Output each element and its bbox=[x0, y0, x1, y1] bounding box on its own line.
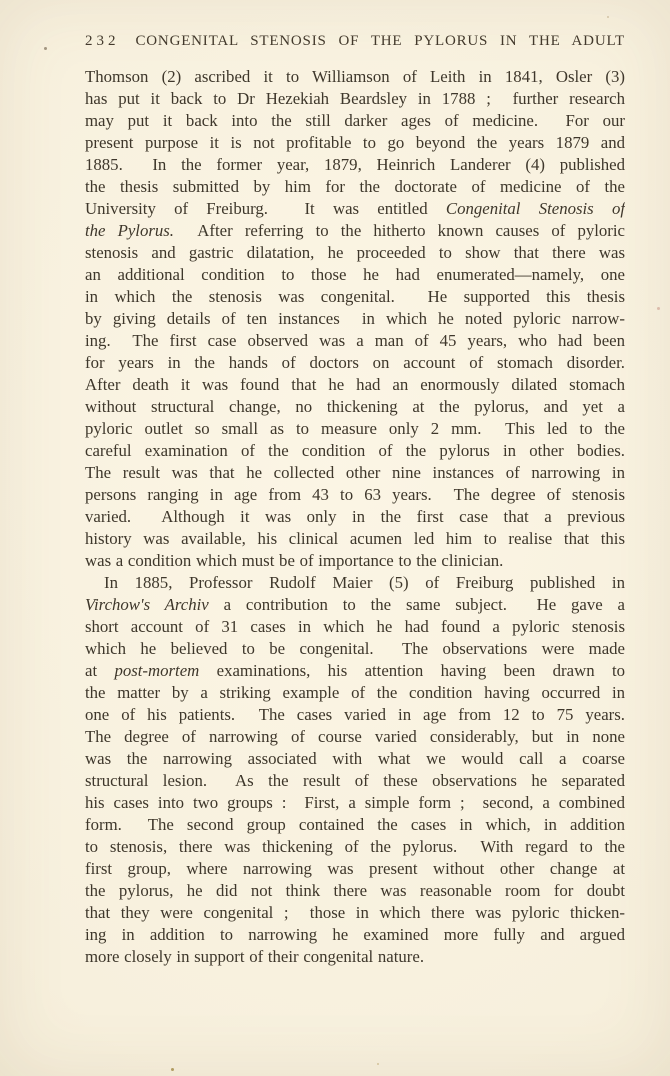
text-segment: the pylorus, he did not think there was … bbox=[85, 881, 625, 900]
text-line: which he believed to be congenital. The … bbox=[85, 638, 625, 660]
text-line: Virchow's Archiv a contribution to the s… bbox=[85, 594, 625, 616]
text-segment: Thomson (2) ascribed it to Williamson of… bbox=[85, 67, 625, 86]
text-line: history was available, his clinical acum… bbox=[85, 528, 625, 550]
book-page: 232 CONGENITAL STENOSIS OF THE PYLORUS I… bbox=[0, 0, 670, 1076]
text-line: may put it back into the still darker ag… bbox=[85, 110, 625, 132]
text-segment: an additional condition to those he had … bbox=[85, 265, 625, 284]
text-segment: without structural change, no thickening… bbox=[85, 397, 625, 416]
text-segment: for years in the hands of doctors on acc… bbox=[85, 353, 625, 372]
text-segment: the Pylorus. bbox=[85, 221, 174, 240]
text-line: was a condition which must be of importa… bbox=[85, 550, 625, 572]
text-line: that they were congenital ; those in whi… bbox=[85, 902, 625, 924]
text-segment: After referring to the hitherto known ca… bbox=[174, 221, 625, 240]
text-line: varied. Although it was only in the firs… bbox=[85, 506, 625, 528]
text-segment: After death it was found that he had an … bbox=[85, 375, 625, 394]
paper-speck bbox=[607, 16, 609, 18]
text-segment: by giving details of ten instances in wh… bbox=[85, 309, 625, 328]
text-segment: Virchow's Archiv bbox=[85, 595, 209, 614]
text-segment: in which the stenosis was congenital. He… bbox=[85, 287, 625, 306]
text-segment: The degree of narrowing of course varied… bbox=[85, 727, 625, 746]
text-line: University of Freiburg. It was entitled … bbox=[85, 198, 625, 220]
text-segment: more closely in support of their congeni… bbox=[85, 947, 424, 966]
paragraph: Thomson (2) ascribed it to Williamson of… bbox=[85, 66, 625, 572]
text-line: structural lesion. As the result of thes… bbox=[85, 770, 625, 792]
text-line: to stenosis, there was thickening of the… bbox=[85, 836, 625, 858]
text-segment: the matter by a striking example of the … bbox=[85, 683, 625, 702]
text-line: the thesis submitted by him for the doct… bbox=[85, 176, 625, 198]
text-segment: to stenosis, there was thickening of the… bbox=[85, 837, 625, 856]
text-segment: ing. The first case observed was a man o… bbox=[85, 331, 625, 350]
text-segment: 1885. In the former year, 1879, Heinrich… bbox=[85, 155, 625, 174]
text-line: The degree of narrowing of course varied… bbox=[85, 726, 625, 748]
page-header: 232 CONGENITAL STENOSIS OF THE PYLORUS I… bbox=[85, 33, 625, 51]
text-line: ing in addition to narrowing he examined… bbox=[85, 924, 625, 946]
text-line: In 1885, Professor Rudolf Maier (5) of F… bbox=[85, 572, 625, 594]
body-text: Thomson (2) ascribed it to Williamson of… bbox=[85, 66, 625, 968]
paper-speck bbox=[377, 1063, 379, 1065]
text-line: present purpose it is not profitable to … bbox=[85, 132, 625, 154]
text-line: by giving details of ten instances in wh… bbox=[85, 308, 625, 330]
text-segment: short account of 31 cases in which he ha… bbox=[85, 617, 625, 636]
text-segment: first group, where narrowing was present… bbox=[85, 859, 625, 878]
text-segment: In 1885, Professor Rudolf Maier (5) of F… bbox=[104, 573, 625, 592]
text-line: was the narrowing associated with what w… bbox=[85, 748, 625, 770]
text-segment: may put it back into the still darker ag… bbox=[85, 111, 625, 130]
text-line: more closely in support of their congeni… bbox=[85, 946, 625, 968]
text-segment: form. The second group contained the cas… bbox=[85, 815, 625, 834]
text-segment: history was available, his clinical acum… bbox=[85, 529, 625, 548]
text-line: at post-mortem examinations, his attenti… bbox=[85, 660, 625, 682]
text-line: careful examination of the condition of … bbox=[85, 440, 625, 462]
text-segment: present purpose it is not profitable to … bbox=[85, 133, 625, 152]
paper-speck bbox=[657, 307, 660, 310]
paragraph: In 1885, Professor Rudolf Maier (5) of F… bbox=[85, 572, 625, 968]
text-segment: at bbox=[85, 661, 114, 680]
text-segment: post-mortem bbox=[114, 661, 199, 680]
text-line: 1885. In the former year, 1879, Heinrich… bbox=[85, 154, 625, 176]
text-segment: ing in addition to narrowing he examined… bbox=[85, 925, 625, 944]
running-title: CONGENITAL STENOSIS OF THE PYLORUS IN TH… bbox=[136, 33, 626, 50]
text-line: the Pylorus. After referring to the hith… bbox=[85, 220, 625, 242]
text-line: without structural change, no thickening… bbox=[85, 396, 625, 418]
text-segment: University of Freiburg. It was entitled bbox=[85, 199, 446, 218]
text-line: the matter by a striking example of the … bbox=[85, 682, 625, 704]
text-line: an additional condition to those he had … bbox=[85, 264, 625, 286]
text-segment: was the narrowing associated with what w… bbox=[85, 749, 625, 768]
text-line: has put it back to Dr Hezekiah Beardsley… bbox=[85, 88, 625, 110]
text-segment: structural lesion. As the result of thes… bbox=[85, 771, 625, 790]
text-segment: the thesis submitted by him for the doct… bbox=[85, 177, 625, 196]
text-segment: persons ranging in age from 43 to 63 yea… bbox=[85, 485, 625, 504]
text-line: stenosis and gastric dilatation, he proc… bbox=[85, 242, 625, 264]
text-line: his cases into two groups : First, a sim… bbox=[85, 792, 625, 814]
text-line: After death it was found that he had an … bbox=[85, 374, 625, 396]
text-line: Thomson (2) ascribed it to Williamson of… bbox=[85, 66, 625, 88]
paper-speck bbox=[44, 47, 47, 50]
text-segment: a contribution to the same subject. He g… bbox=[209, 595, 625, 614]
text-line: form. The second group contained the cas… bbox=[85, 814, 625, 836]
text-line: persons ranging in age from 43 to 63 yea… bbox=[85, 484, 625, 506]
text-line: short account of 31 cases in which he ha… bbox=[85, 616, 625, 638]
text-line: the pylorus, he did not think there was … bbox=[85, 880, 625, 902]
text-segment: The result was that he collected other n… bbox=[85, 463, 625, 482]
text-segment: has put it back to Dr Hezekiah Beardsley… bbox=[85, 89, 625, 108]
text-line: one of his patients. The cases varied in… bbox=[85, 704, 625, 726]
text-line: pyloric outlet so small as to measure on… bbox=[85, 418, 625, 440]
text-segment: was a condition which must be of importa… bbox=[85, 551, 503, 570]
text-segment: his cases into two groups : First, a sim… bbox=[85, 793, 625, 812]
text-segment: careful examination of the condition of … bbox=[85, 441, 625, 460]
text-segment: one of his patients. The cases varied in… bbox=[85, 705, 625, 724]
text-line: in which the stenosis was congenital. He… bbox=[85, 286, 625, 308]
text-line: The result was that he collected other n… bbox=[85, 462, 625, 484]
text-line: for years in the hands of doctors on acc… bbox=[85, 352, 625, 374]
text-segment: Congenital Stenosis of bbox=[446, 199, 625, 218]
text-segment: that they were congenital ; those in whi… bbox=[85, 903, 625, 922]
page-number: 232 bbox=[85, 33, 120, 50]
text-segment: which he believed to be congenital. The … bbox=[85, 639, 625, 658]
text-segment: varied. Although it was only in the firs… bbox=[85, 507, 625, 526]
paper-speck bbox=[171, 1068, 174, 1071]
text-segment: examinations, his attention having been … bbox=[199, 661, 625, 680]
text-line: ing. The first case observed was a man o… bbox=[85, 330, 625, 352]
text-segment: stenosis and gastric dilatation, he proc… bbox=[85, 243, 625, 262]
text-line: first group, where narrowing was present… bbox=[85, 858, 625, 880]
text-segment: pyloric outlet so small as to measure on… bbox=[85, 419, 625, 438]
